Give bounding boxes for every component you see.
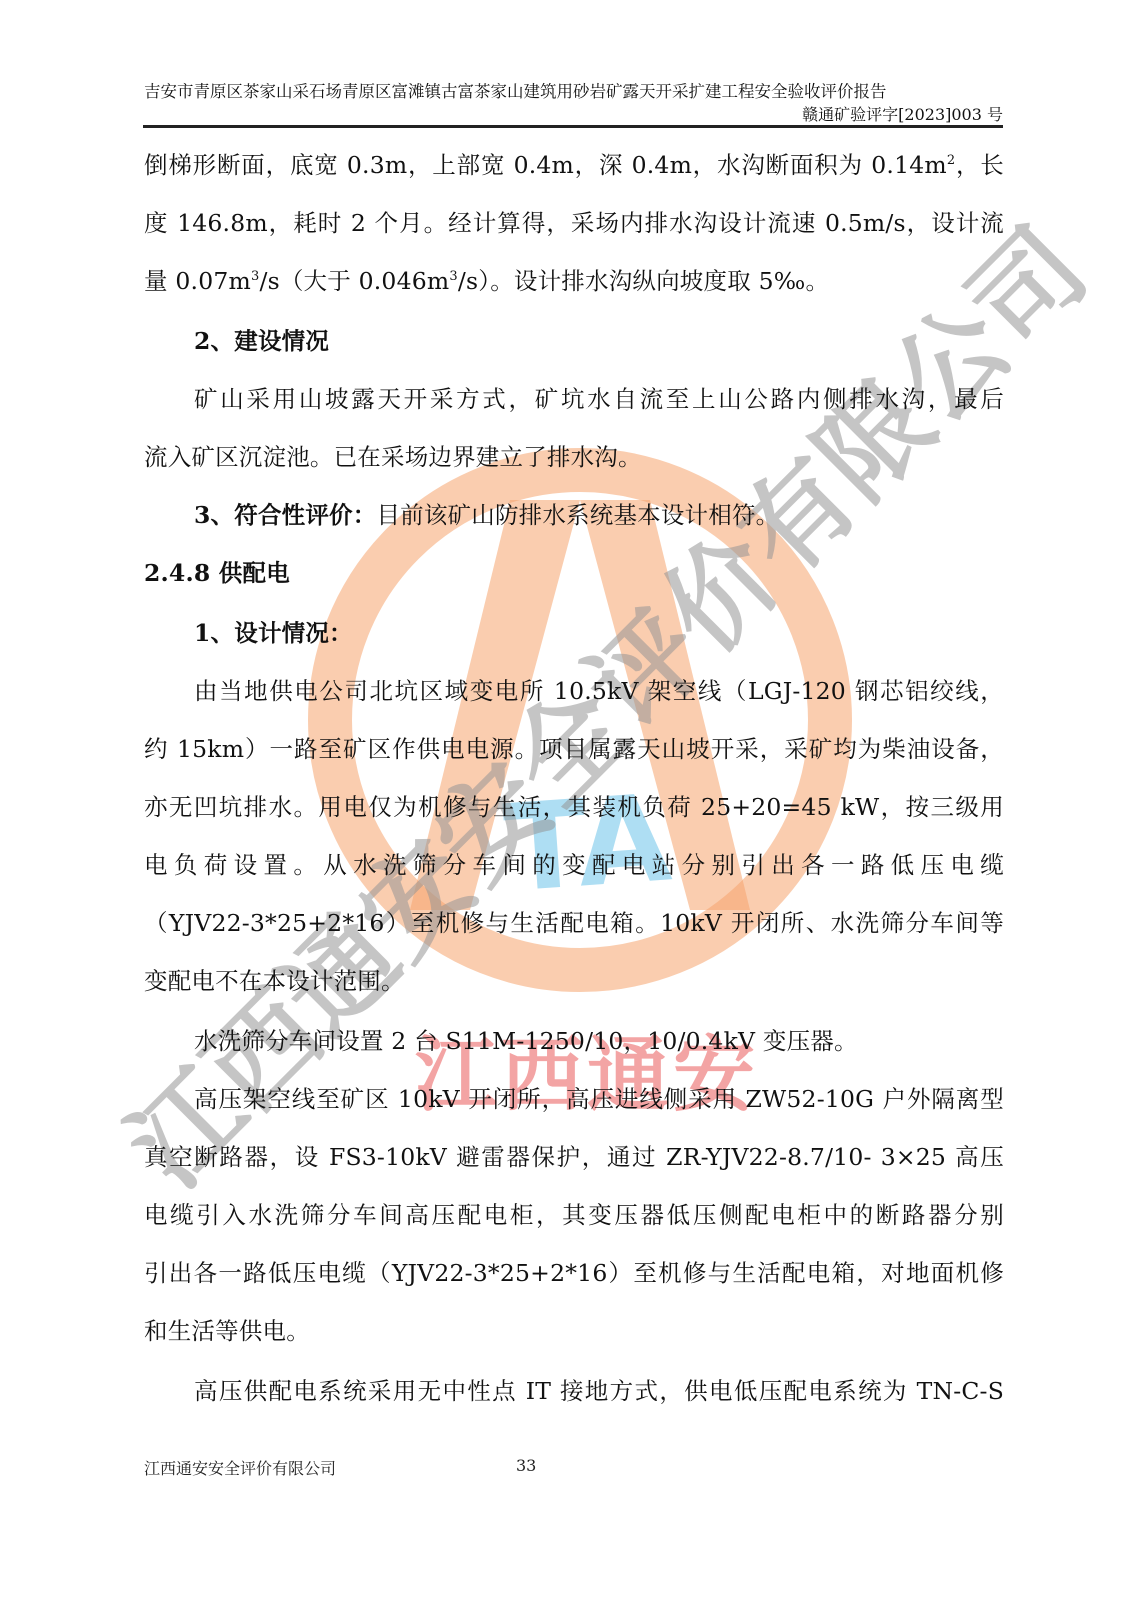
text-span: 倒梯形断面，底宽 0.3m，上部宽 0.4m，深 0.4m，水沟断面积为 0.1… [144,151,947,179]
document-page: TA 江西通安 江西通安安全评价有限公司 吉安市青原区茶家山采石场青原区富滩镇古… [0,0,1131,1600]
page-number: 33 [516,1456,536,1475]
superscript: 3 [449,269,457,284]
paragraph-line: 矿山采用山坡露天开采方式，矿坑水自流至上山公路内侧排水沟，最后 [194,380,1004,414]
paragraph-line: 约 15km）一路至矿区作供电电源。项目属露天山坡开采，采矿均为柴油设备， [144,730,1004,764]
paragraph-line: 倒梯形断面，底宽 0.3m，上部宽 0.4m，深 0.4m，水沟断面积为 0.1… [144,146,1004,180]
paragraph-line: 度 146.8m，耗时 2 个月。经计算得，采场内排水沟设计流速 0.5m/s，… [144,204,1004,238]
paragraph-line: 水洗筛分车间设置 2 台 S11M-1250/10，10/0.4kV 变压器。 [194,1022,1004,1056]
paragraph-line: 真空断路器，设 FS3-10kV 避雷器保护，通过 ZR-YJV22-8.7/1… [144,1138,1004,1172]
subheading-construction: 2、建设情况 [194,322,1004,356]
paragraph-line: 和生活等供电。 [144,1312,1004,1346]
footer-company: 江西通安安全评价有限公司 [144,1456,336,1479]
paragraph-line: 量 0.07m3/s（大于 0.046m3/s）。设计排水沟纵向坡度取 5‰。 [144,262,1004,296]
text-span: ，长 [955,151,1004,179]
paragraph-line: 高压供配电系统采用无中性点 IT 接地方式，供电低压配电系统为 TN-C-S [194,1372,1004,1406]
paragraph-line: 流入矿区沉淀池。已在采场边界建立了排水沟。 [144,438,1004,472]
text-span: 量 0.07m [144,267,251,295]
paragraph-line: 电缆引入水洗筛分车间高压配电柜，其变压器低压侧配电柜中的断路器分别 [144,1196,1004,1230]
paragraph-line: 电负荷设置。从水洗筛分车间的变配电站分别引出各一路低压电缆 [144,846,1004,880]
paragraph-line: 引出各一路低压电缆（YJV22-3*25+2*16）至机修与生活配电箱，对地面机… [144,1254,1004,1288]
text-span: /s）。设计排水沟纵向坡度取 5‰。 [458,267,829,295]
conformity-line: 3、符合性评价：目前该矿山防排水系统基本设计相符。 [194,496,1004,530]
paragraph-line: 亦无凹坑排水。用电仅为机修与生活，其装机负荷 25+20=45 kW，按三级用 [144,788,1004,822]
document-number: 赣通矿验评字[2023]003 号 [802,102,1003,125]
text-span: /s（大于 0.046m [259,267,449,295]
paragraph-line: 由当地供电公司北坑区域变电所 10.5kV 架空线（LGJ-120 钢芯铝绞线， [194,672,1004,706]
paragraph-line: （YJV22-3*25+2*16）至机修与生活配电箱。10kV 开闭所、水洗筛分… [144,904,1004,938]
section-heading: 2.4.8 供配电 [144,554,1004,588]
header-divider [143,125,1003,128]
conformity-label: 3、符合性评价： [194,501,376,529]
report-title-header: 吉安市青原区茶家山采石场青原区富滩镇古富茶家山建筑用砂岩矿露天开采扩建工程安全验… [144,78,1004,102]
subheading-design: 1、设计情况： [194,614,1004,648]
conformity-text: 目前该矿山防排水系统基本设计相符。 [376,501,779,529]
diagonal-company-watermark: 江西通安安全评价有限公司 [88,221,1081,1214]
paragraph-line: 变配电不在本设计范围。 [144,962,1004,996]
paragraph-line: 高压架空线至矿区 10kV 开闭所，高压进线侧采用 ZW52-10G 户外隔离型 [194,1080,1004,1114]
